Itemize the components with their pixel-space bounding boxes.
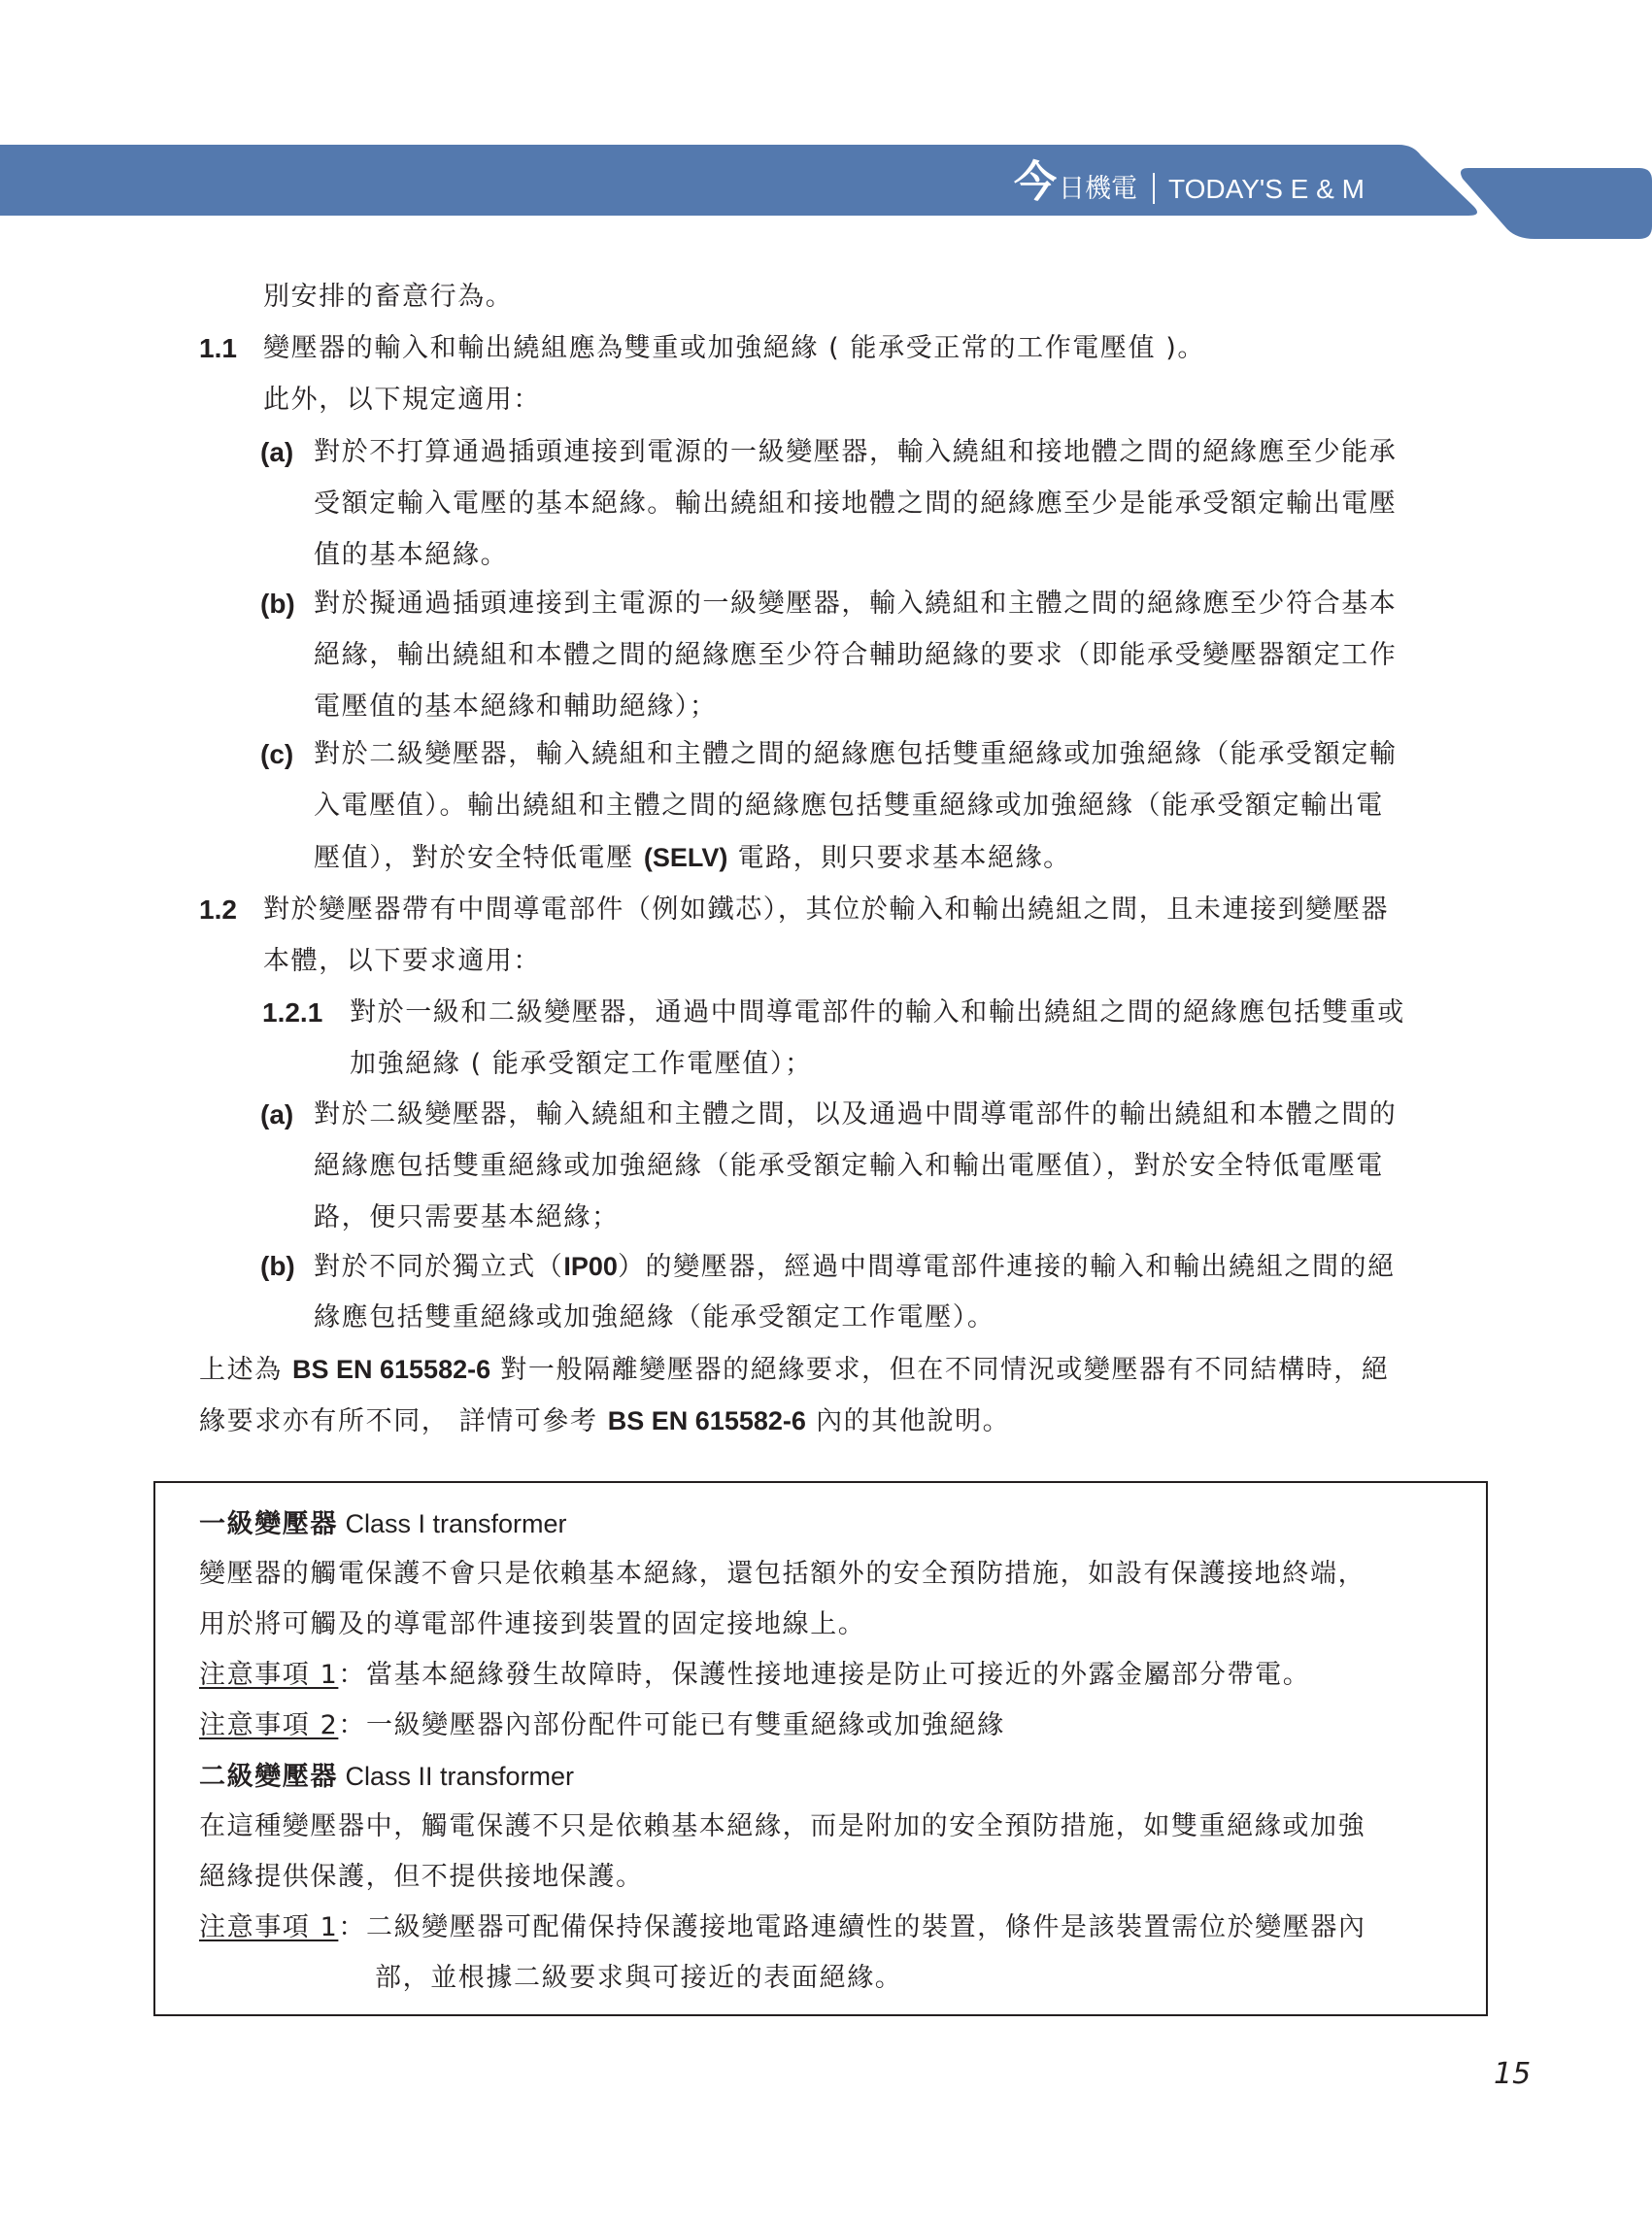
section-number-1-2: 1.2 xyxy=(199,894,237,927)
magazine-title: 今 日機電 TODAY'S E & M xyxy=(1014,161,1365,204)
selv-term: (SELV) xyxy=(644,843,728,872)
page-header: 今 日機電 TODAY'S E & M xyxy=(0,0,1652,253)
class1-desc: 用於將可觸及的導電部件連接到裝置的固定接地線上。 xyxy=(199,1608,865,1641)
item-a-line: 絕緣應包括雙重絕緣或加強絕緣（能承受額定輸入和輸出電壓值），對於安全特低電壓電 xyxy=(314,1150,1384,1183)
item-b-line: 絕緣，輸出繞組和本體之間的絕緣應至少符合輔助絕緣的要求（即能承受變壓器額定工作 xyxy=(314,639,1397,672)
item-b-label: (b) xyxy=(260,1250,295,1283)
item-c-label: (c) xyxy=(260,738,293,771)
class2-desc: 在這種變壓器中，觸電保護不只是依賴基本絕緣，而是附加的安全預防措施，如雙重絕緣或… xyxy=(199,1810,1365,1843)
note-label: 注意事項 2 xyxy=(199,1710,338,1740)
continuation-text: 別安排的畜意行為。 xyxy=(263,281,513,314)
section-1-1-intro: 此外，以下規定適用： xyxy=(263,384,541,417)
class2-note-1-cont: 部，並根據二級要求與可接近的表面絕緣。 xyxy=(375,1962,902,1995)
text: 對於不同於獨立式（ xyxy=(314,1252,563,1282)
item-c-line: 入電壓值）。輸出繞組和主體之間的絕緣應包括雙重絕緣或加強絕緣（能承受額定輸出電 xyxy=(314,790,1384,823)
item-a-line: 受額定輸入電壓的基本絕緣。輸出繞組和接地體之間的絕緣應至少是能承受額定輸出電壓 xyxy=(314,488,1397,521)
text: 上述為 xyxy=(199,1355,292,1385)
class1-note-1: 注意事項 1：當基本絕緣發生故障時，保護性接地連接是防止可接近的外露金屬部分帶電… xyxy=(199,1659,1310,1692)
text: 壓值），對於安全特低電壓 xyxy=(314,843,644,873)
text: 對一般隔離變壓器的絕緣要求，但在不同情況或變壓器有不同結構時，絕 xyxy=(490,1355,1389,1385)
item-a-line: 值的基本絕緣。 xyxy=(314,539,508,572)
brand-char-big: 今 xyxy=(1014,161,1057,204)
class2-desc: 絕緣提供保護，但不提供接地保護。 xyxy=(199,1861,644,1894)
brand-en: TODAY'S E & M xyxy=(1168,175,1365,204)
class1-title: 一級變壓器 Class I transformer xyxy=(199,1507,567,1541)
item-a-line: 對於二級變壓器，輸入繞組和主體之間，以及通過中間導電部件的輸出繞組和本體之間的 xyxy=(314,1098,1397,1131)
item-b-line: 電壓值的基本絕緣和輔助絕緣）； xyxy=(314,691,718,724)
text: ）的變壓器，經過中間導電部件連接的輸入和輸出繞組之間的絕 xyxy=(618,1252,1396,1282)
summary-line: 緣要求亦有所不同， 詳情可參考 BS EN 615582-6 內的其他說明。 xyxy=(199,1404,1010,1438)
text: 緣要求亦有所不同， 詳情可參考 xyxy=(199,1406,608,1436)
note-text: ：一級變壓器內部份配件可能已有雙重絕緣或加強絕緣 xyxy=(338,1710,1004,1740)
class2-title-en: Class II transformer xyxy=(338,1762,574,1791)
summary-line: 上述為 BS EN 615582-6 對一般隔離變壓器的絕緣要求，但在不同情況或… xyxy=(199,1353,1390,1387)
item-a-line: 路，便只需要基本絕緣； xyxy=(314,1201,620,1234)
class2-note-1: 注意事項 1：二級變壓器可配備保持保護接地電路連續性的裝置，條件是該裝置需位於變… xyxy=(199,1911,1366,1944)
class1-note-2: 注意事項 2：一級變壓器內部份配件可能已有雙重絕緣或加強絕緣 xyxy=(199,1709,1005,1742)
section-1-2-1-line: 加強絕緣 ( 能承受額定工作電壓值）； xyxy=(350,1048,813,1081)
header-band-shape xyxy=(0,0,1652,253)
item-a-line: 對於不打算通過插頭連接到電源的一級變壓器，輸入繞組和接地體之間的絕緣應至少能承 xyxy=(314,436,1397,469)
section-number-1-1: 1.1 xyxy=(199,332,237,365)
brand-cn: 日機電 xyxy=(1059,175,1137,204)
section-1-1-text: 變壓器的輸入和輸出繞組應為雙重或加強絕緣 ( 能承受正常的工作電壓值 )。 xyxy=(263,332,1205,365)
item-b-label: (b) xyxy=(260,588,295,621)
class1-title-cn: 一級變壓器 xyxy=(199,1509,338,1539)
standard-ref: BS EN 615582-6 xyxy=(292,1355,490,1384)
item-a-label: (a) xyxy=(260,1098,293,1131)
header-divider xyxy=(1153,173,1155,204)
item-b-line: 緣應包括雙重絕緣或加強絕緣（能承受額定工作電壓）。 xyxy=(314,1301,995,1334)
page-number: 15 xyxy=(1494,2057,1531,2091)
class1-title-en: Class I transformer xyxy=(338,1509,567,1538)
section-number-1-2-1: 1.2.1 xyxy=(262,996,322,1029)
class2-title-cn: 二級變壓器 xyxy=(199,1762,338,1792)
note-label: 注意事項 1 xyxy=(199,1912,338,1942)
ip00-term: IP00 xyxy=(563,1252,618,1281)
text: 內的其他說明。 xyxy=(806,1406,1010,1436)
section-1-2-line: 本體，以下要求適用： xyxy=(263,945,541,978)
standard-ref: BS EN 615582-6 xyxy=(608,1406,806,1435)
item-b-line: 對於擬通過插頭連接到主電源的一級變壓器，輸入繞組和主體之間的絕緣應至少符合基本 xyxy=(314,588,1397,621)
class2-title: 二級變壓器 Class II transformer xyxy=(199,1760,574,1794)
item-c-line: 對於二級變壓器，輸入繞組和主體之間的絕緣應包括雙重絕緣或加強絕緣（能承受額定輸 xyxy=(314,738,1397,771)
section-1-2-1-line: 對於一級和二級變壓器，通過中間導電部件的輸入和輸出繞組之間的絕緣應包括雙重或 xyxy=(350,996,1405,1029)
note-text: ：二級變壓器可配備保持保護接地電路連續性的裝置，條件是該裝置需位於變壓器內 xyxy=(338,1912,1365,1942)
note-text: ：當基本絕緣發生故障時，保護性接地連接是防止可接近的外露金屬部分帶電。 xyxy=(338,1660,1310,1690)
note-label: 注意事項 1 xyxy=(199,1660,338,1690)
item-c-line: 壓值），對於安全特低電壓 (SELV) 電路，則只要求基本絕緣。 xyxy=(314,841,1071,875)
section-1-2-line: 對於變壓器帶有中間導電部件（例如鐵芯），其位於輸入和輸出繞組之間，且未連接到變壓… xyxy=(263,894,1389,927)
class1-desc: 變壓器的觸電保護不會只是依賴基本絕緣，還包括額外的安全預防措施，如設有保護接地終… xyxy=(199,1558,1365,1591)
text: 電路，則只要求基本絕緣。 xyxy=(727,843,1070,873)
item-a-label: (a) xyxy=(260,436,293,469)
item-b-line: 對於不同於獨立式（IP00）的變壓器，經過中間導電部件連接的輸入和輸出繞組之間的… xyxy=(314,1250,1396,1284)
